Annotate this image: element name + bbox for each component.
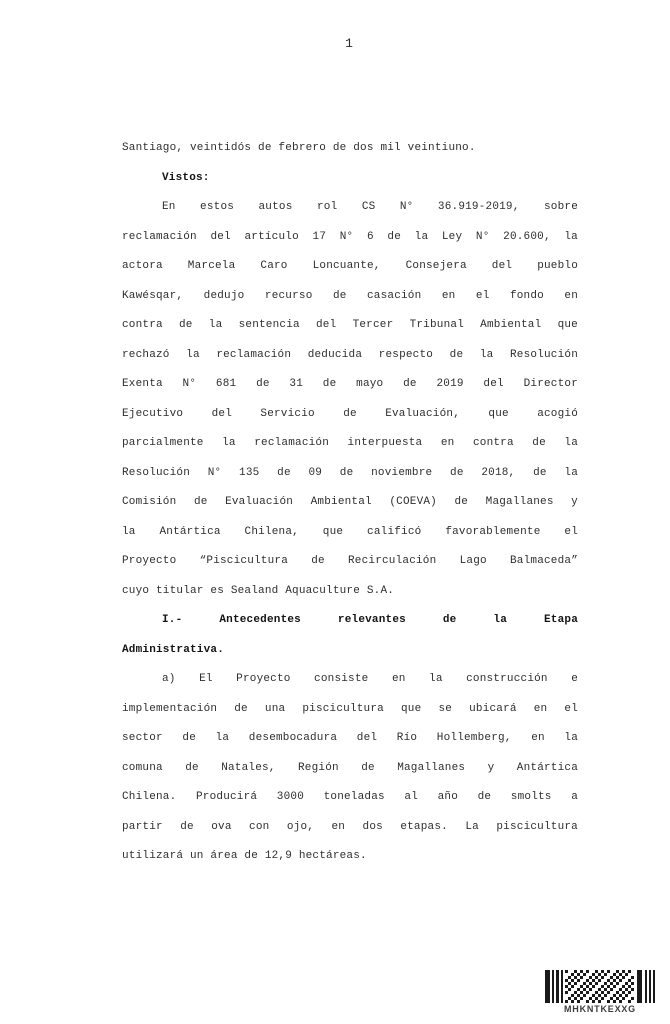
text-line: la Antártica Chilena, que calificó favor… xyxy=(122,518,578,548)
text-line: Comisión de Evaluación Ambiental (COEVA)… xyxy=(122,488,578,518)
text-line: Resolución N° 135 de 09 de noviembre de … xyxy=(122,459,578,489)
paragraph: a) El Proyecto consiste en la construcci… xyxy=(122,665,578,872)
text-line: Ejecutivo del Servicio de Evaluación, qu… xyxy=(122,400,578,430)
text-line: Vistos: xyxy=(122,164,578,194)
paragraph: Vistos: xyxy=(122,164,578,194)
paragraph: I.- Antecedentes relevantes de la EtapaA… xyxy=(122,606,578,665)
page-number: 1 xyxy=(0,36,670,51)
text-line: implementación de una piscicultura que s… xyxy=(122,695,578,725)
document-page: 1 Santiago, veintidós de febrero de dos … xyxy=(0,0,670,1024)
text-line: parcialmente la reclamación interpuesta … xyxy=(122,429,578,459)
text-line: reclamación del artículo 17 N° 6 de la L… xyxy=(122,223,578,253)
text-line: I.- Antecedentes relevantes de la Etapa xyxy=(122,606,578,636)
text-line: Proyecto “Piscicultura de Recirculación … xyxy=(122,547,578,577)
text-line: cuyo titular es Sealand Aquaculture S.A. xyxy=(122,577,578,607)
text-line: Santiago, veintidós de febrero de dos mi… xyxy=(122,134,578,164)
text-line: Administrativa. xyxy=(122,636,578,666)
text-line: Exenta N° 681 de 31 de mayo de 2019 del … xyxy=(122,370,578,400)
barcode-label: MHKNTKEXXG xyxy=(545,1004,655,1014)
text-line: sector de la desembocadura del Río Holle… xyxy=(122,724,578,754)
text-line: comuna de Natales, Región de Magallanes … xyxy=(122,754,578,784)
text-line: En estos autos rol CS N° 36.919-2019, so… xyxy=(122,193,578,223)
barcode-icon xyxy=(545,970,655,1003)
text-line: Kawésqar, dedujo recurso de casación en … xyxy=(122,282,578,312)
text-line: a) El Proyecto consiste en la construcci… xyxy=(122,665,578,695)
text-line: contra de la sentencia del Tercer Tribun… xyxy=(122,311,578,341)
paragraph: En estos autos rol CS N° 36.919-2019, so… xyxy=(122,193,578,606)
text-line: utilizará un área de 12,9 hectáreas. xyxy=(122,842,578,872)
text-line: rechazó la reclamación deducida respecto… xyxy=(122,341,578,371)
document-body: Santiago, veintidós de febrero de dos mi… xyxy=(122,134,578,872)
text-line: partir de ova con ojo, en dos etapas. La… xyxy=(122,813,578,843)
paragraph: Santiago, veintidós de febrero de dos mi… xyxy=(122,134,578,164)
text-line: actora Marcela Caro Loncuante, Consejera… xyxy=(122,252,578,282)
barcode: MHKNTKEXXG xyxy=(545,970,655,1014)
text-line: Chilena. Producirá 3000 toneladas al año… xyxy=(122,783,578,813)
